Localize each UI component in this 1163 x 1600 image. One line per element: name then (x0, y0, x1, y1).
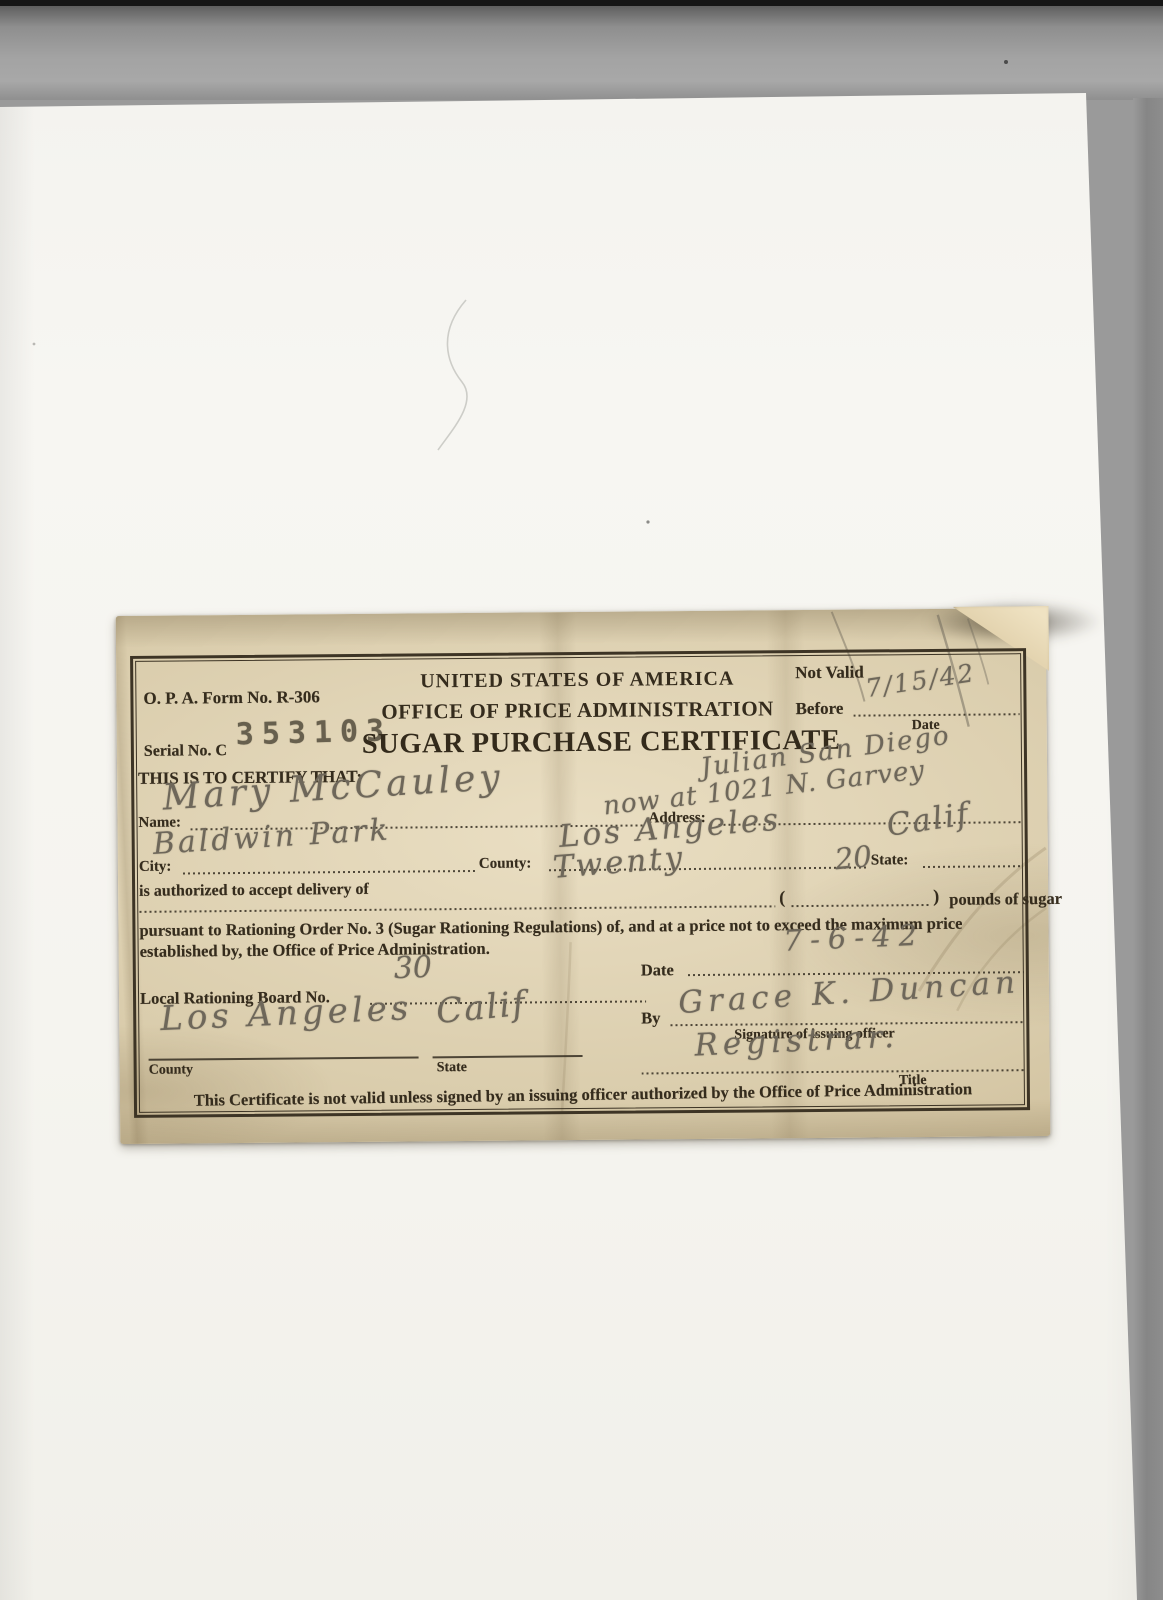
by-label: By (641, 1008, 660, 1028)
quantity-number-line (791, 904, 929, 907)
authorized-text: is authorized to accept delivery of (139, 881, 369, 901)
handwritten-city: Baldwin Park (152, 812, 392, 861)
scanned-image: O. P. A. Form No. R-306 Serial No. C 353… (0, 0, 1163, 1600)
serial-label: Serial No. C (144, 742, 227, 761)
handwritten-title: Registrar. (694, 1019, 900, 1064)
before-label: Before (795, 699, 843, 719)
paren-open: ( (779, 887, 785, 908)
state-label: State: (871, 852, 909, 869)
city-label: City: (139, 859, 172, 876)
sugar-purchase-certificate: O. P. A. Form No. R-306 Serial No. C 353… (116, 608, 1051, 1144)
paren-close: ) (933, 886, 939, 907)
pounds-label: pounds of sugar (949, 889, 1062, 910)
country-heading: UNITED STATES OF AMERICA (361, 667, 793, 694)
handwritten-quantity-number: 20 (833, 839, 873, 876)
handwritten-board-number: 30 (393, 950, 433, 987)
not-valid-label: Not Valid (795, 663, 864, 684)
agency-heading: OFFICE OF PRICE ADMINISTRATION (361, 696, 793, 725)
county-label: County: (479, 855, 532, 872)
board-county-label: County (149, 1062, 193, 1078)
date-label: Date (641, 960, 674, 980)
state-line (923, 865, 1023, 868)
handwritten-board-state: Calif (434, 984, 528, 1033)
city-line (183, 870, 475, 875)
board-state-line (433, 1055, 583, 1058)
board-county-line (149, 1056, 419, 1060)
certificate-border: O. P. A. Form No. R-306 Serial No. C 353… (130, 648, 1030, 1118)
quantity-line (139, 905, 775, 913)
before-date-line (854, 713, 1020, 716)
handwritten-state: Calif (884, 796, 972, 844)
title-line (642, 1069, 1026, 1074)
board-state-label: State (437, 1060, 467, 1076)
handwritten-date: 7-6-42 (783, 918, 926, 958)
certificate-heading: UNITED STATES OF AMERICA OFFICE OF PRICE… (361, 667, 794, 761)
scanner-bed-right (1133, 98, 1163, 1600)
handwritten-not-valid-date: 7/15/42 (864, 658, 977, 703)
validity-footer: This Certificate is not valid unless sig… (141, 1078, 1025, 1111)
form-number: O. P. A. Form No. R-306 (143, 687, 320, 709)
handwritten-name: Mary McCauley (161, 757, 505, 819)
scanner-bed-top (0, 6, 1163, 100)
